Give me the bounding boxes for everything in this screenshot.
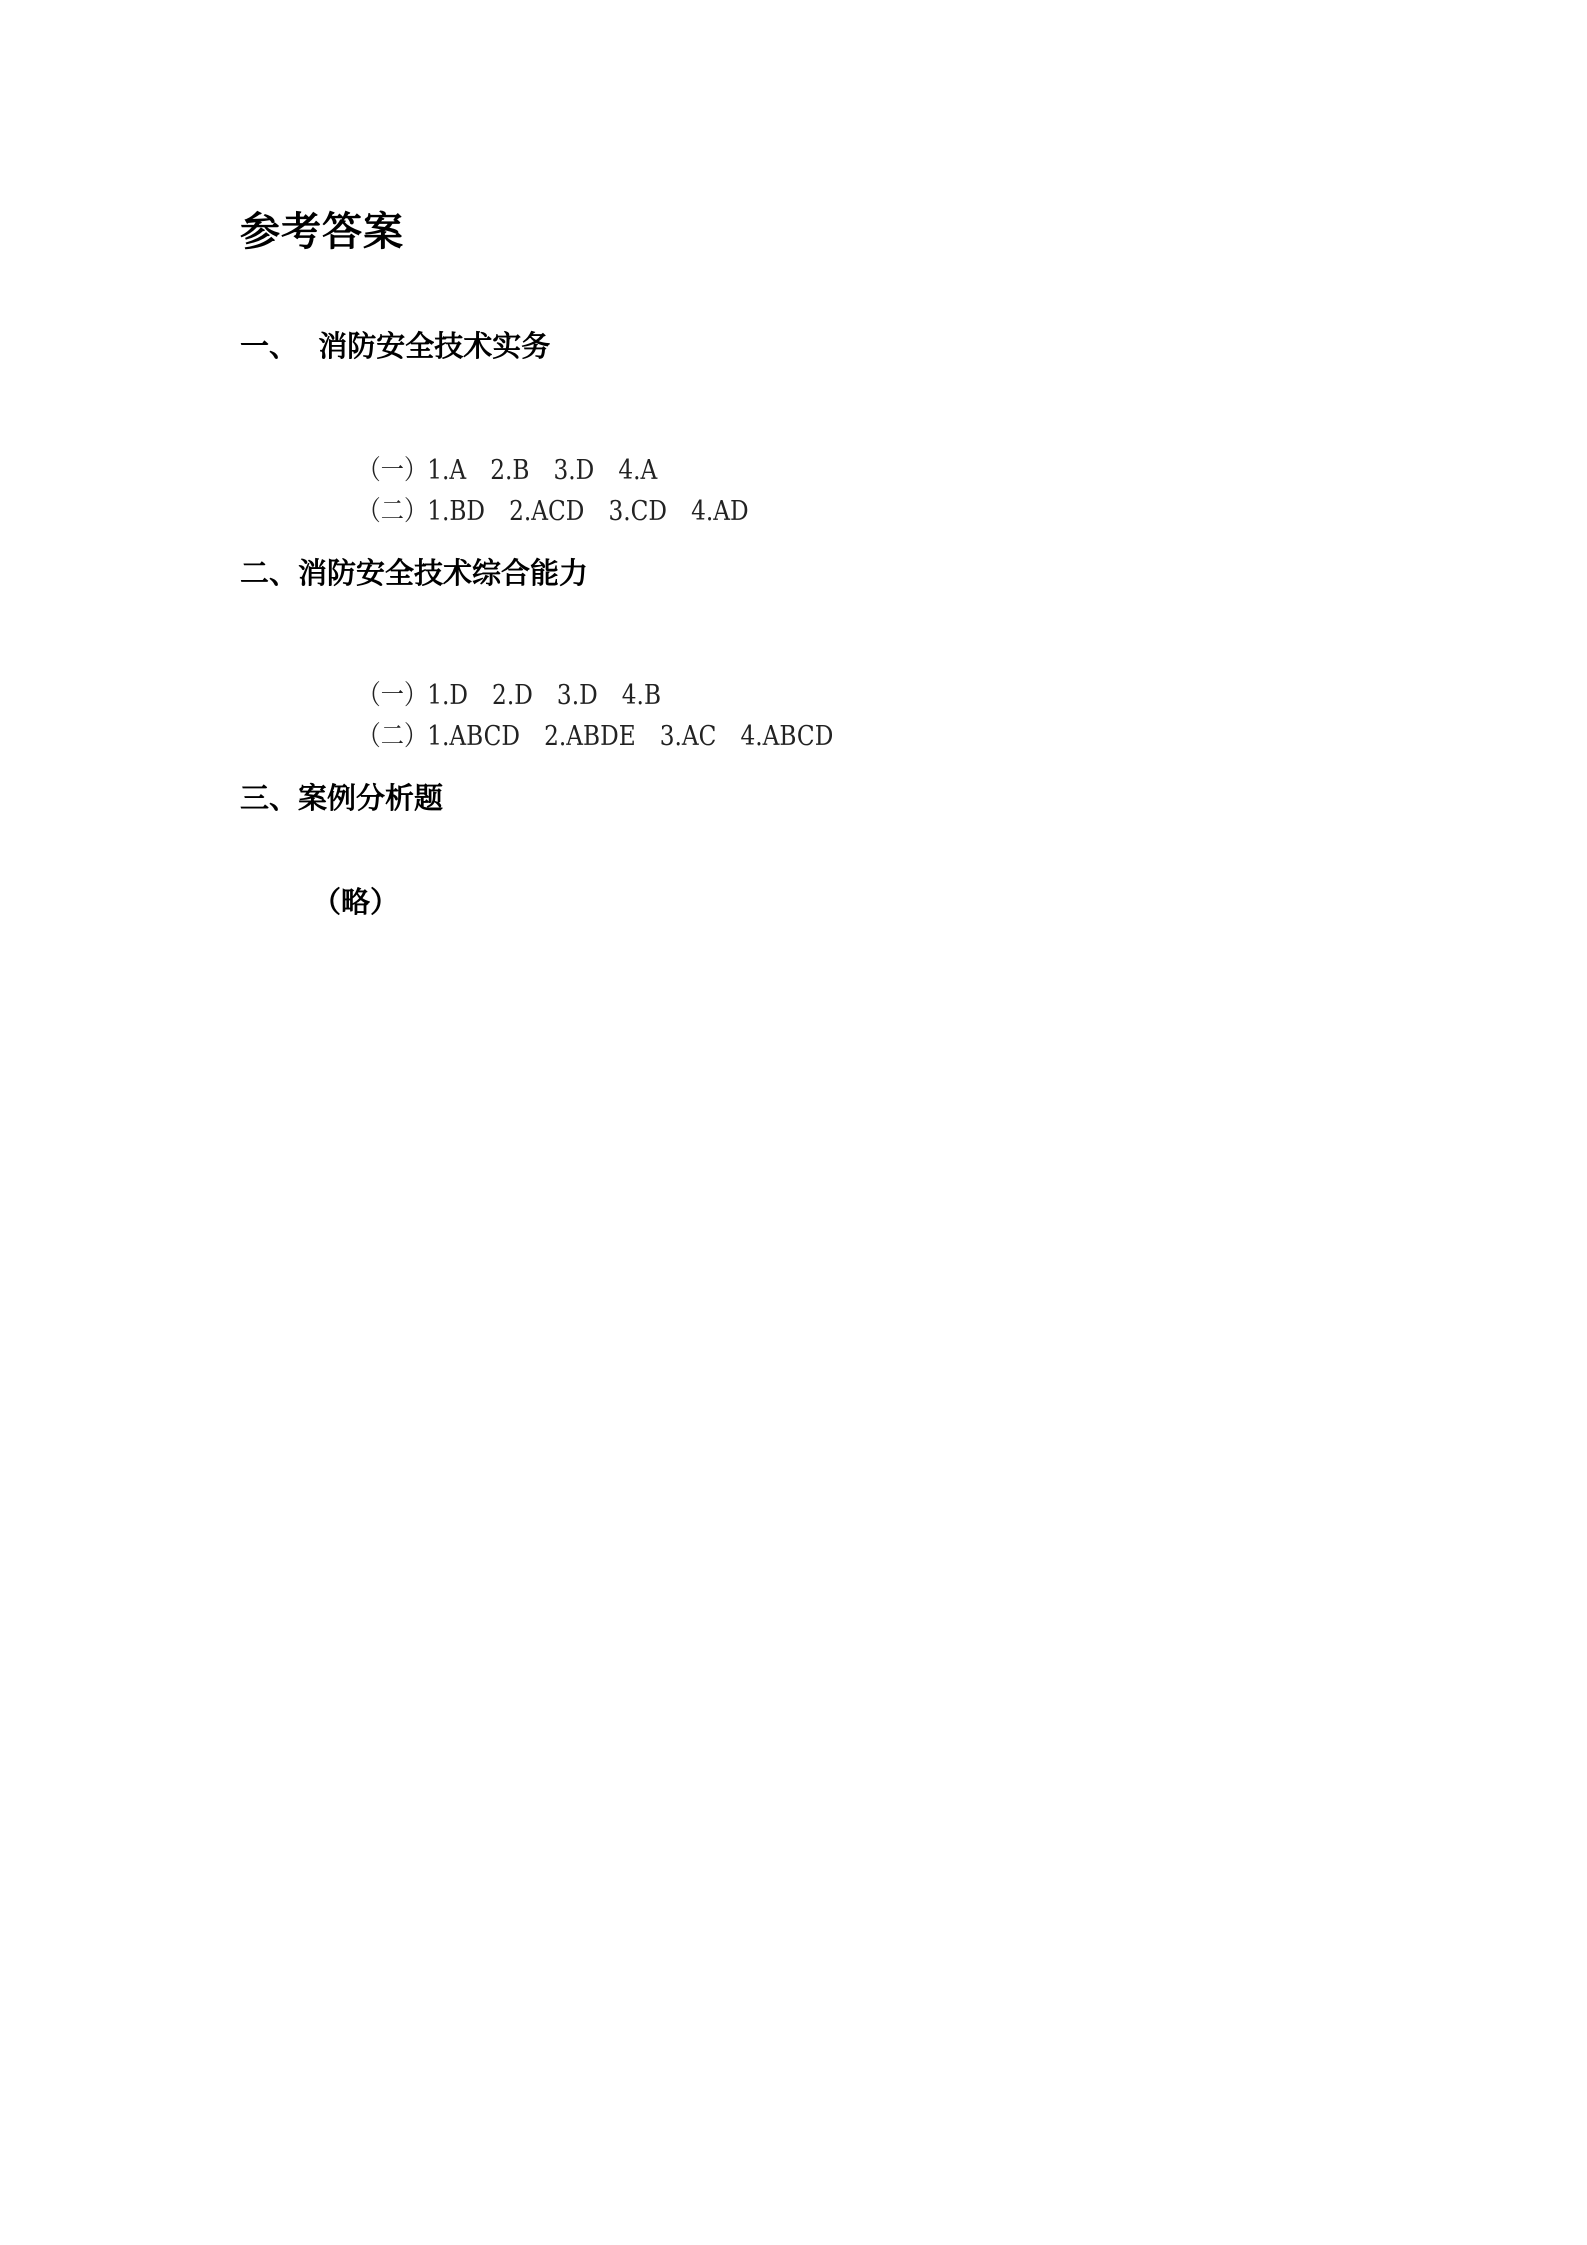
answer-item: 2.ACD xyxy=(509,495,584,529)
answer-item: 4.ABCD xyxy=(741,720,834,754)
group-label: （二） xyxy=(358,720,428,754)
document-page: 参考答案 一、 消防安全技术实务 （一）1.A2.B3.D4.A （二）1.BD… xyxy=(0,0,1587,2245)
answer-item: 4.AD xyxy=(691,495,749,529)
answer-group-1-2: （二）1.BD2.ACD3.CD4.AD xyxy=(328,461,773,563)
answer-group-2-2: （二）1.ABCD2.ABDE3.AC4.ABCD xyxy=(328,686,857,788)
answer-item: 3.CD xyxy=(609,495,668,529)
section-heading-comprehensive: 二、消防安全技术综合能力 xyxy=(240,555,588,591)
answer-item: 1.BD xyxy=(427,495,485,529)
page-title: 参考答案 xyxy=(240,208,404,256)
answer-item: 2.ABDE xyxy=(544,720,636,754)
answer-item: 3.AC xyxy=(660,720,717,754)
group-label: （二） xyxy=(358,495,428,529)
section-heading-practice: 一、 消防安全技术实务 xyxy=(240,328,550,364)
answer-item: 1.ABCD xyxy=(427,720,520,754)
section-heading-case-analysis: 三、案例分析题 xyxy=(240,780,443,816)
omitted-note: （略） xyxy=(312,884,399,920)
